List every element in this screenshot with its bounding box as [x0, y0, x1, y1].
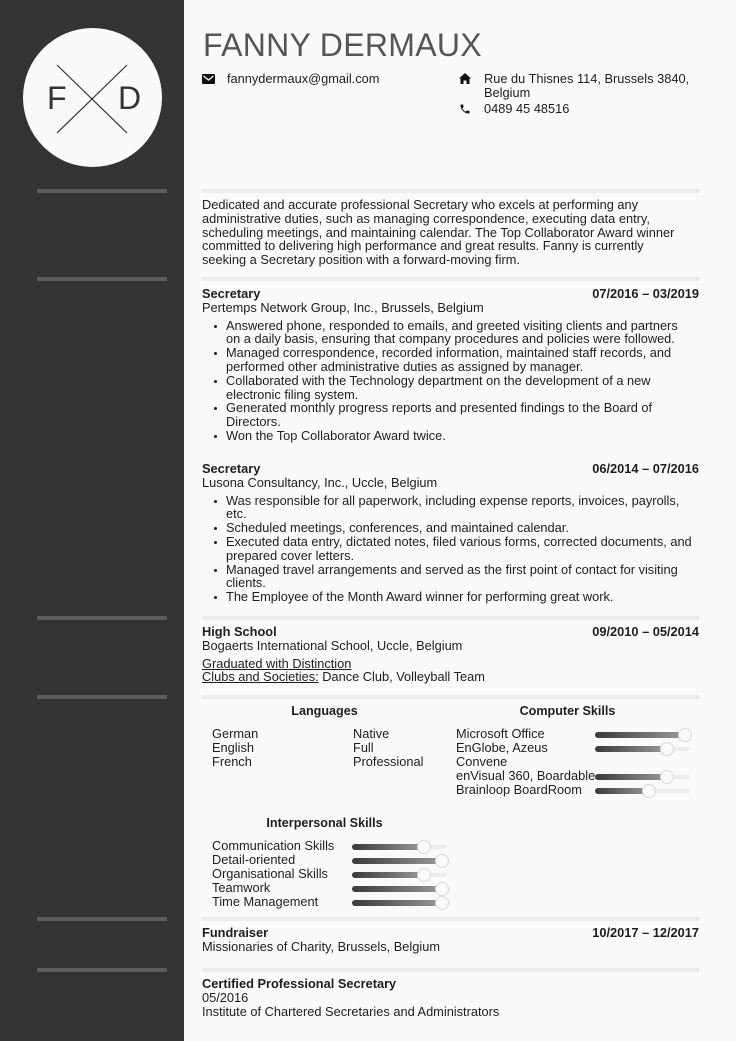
contact-email[interactable]: fannydermaux@gmail.com	[227, 72, 379, 86]
slider-knob[interactable]	[435, 854, 449, 868]
section-divider	[37, 968, 167, 972]
slider-fill	[352, 858, 442, 864]
duty-item: Won the Top Collaborator Award twice.	[210, 429, 699, 443]
section-divider	[202, 968, 699, 972]
profile-line: Dedicated and accurate professional Secr…	[202, 198, 699, 212]
job-title: Secretary	[202, 287, 260, 301]
skill-level-slider[interactable]	[352, 868, 447, 882]
address-line-2: Belgium	[484, 86, 689, 100]
skill-level-slider[interactable]	[595, 728, 690, 742]
envelope-icon	[202, 74, 215, 84]
language-name: French	[212, 755, 252, 769]
section-divider	[37, 189, 167, 193]
language-level: Full	[353, 741, 374, 755]
education-dates: 09/2010 – 05/2014	[592, 625, 699, 639]
slider-knob[interactable]	[417, 868, 431, 882]
monogram-initial-last: D	[118, 80, 141, 116]
profile-line: administrative duties, such as managing …	[202, 212, 699, 226]
job-entry: Secretary 06/2014 – 07/2016 Lusona Consu…	[202, 462, 699, 604]
duty-item: The Employee of the Month Award winner f…	[210, 590, 699, 604]
language-level: Professional	[353, 755, 423, 769]
profile-line: seeking a Secretary position with a forw…	[202, 253, 699, 267]
computer-skill-name: enVisual 360, Boardable	[456, 769, 595, 783]
section-divider	[37, 695, 167, 699]
interpersonal-skill-name: Communication Skills	[212, 839, 334, 853]
education-title: High School	[202, 625, 277, 639]
slider-fill	[595, 774, 667, 780]
slider-fill	[352, 886, 442, 892]
job-company: Pertemps Network Group, Inc., Brussels, …	[202, 301, 699, 315]
skill-level-slider[interactable]	[352, 840, 447, 854]
skill-level-slider[interactable]	[352, 882, 447, 896]
volunteer-dates: 10/2017 – 12/2017	[592, 926, 699, 940]
certificate-title: Certified Professional Secretary	[202, 977, 699, 991]
monogram-logo: F D	[23, 28, 162, 167]
slider-fill	[352, 844, 424, 850]
certificate-entry: Certified Professional Secretary 05/2016…	[202, 977, 699, 1018]
section-divider	[37, 917, 167, 921]
job-dates: 06/2014 – 07/2016	[592, 462, 699, 476]
profile-summary: Dedicated and accurate professional Secr…	[202, 198, 699, 267]
duty-item: Managed travel arrangements and served a…	[210, 563, 699, 591]
education-clubs: Clubs and Societies: Dance Club, Volleyb…	[202, 670, 699, 684]
interpersonal-skill-name: Organisational Skills	[212, 867, 328, 881]
job-company: Lusona Consultancy, Inc., Uccle, Belgium	[202, 476, 699, 490]
candidate-name: FANNY DERMAUX	[203, 27, 482, 63]
education-honor: Graduated with Distinction	[202, 657, 699, 671]
monogram-initial-first: F	[47, 80, 67, 116]
duty-item: Answered phone, responded to emails, and…	[210, 319, 699, 347]
certificate-issuer: Institute of Chartered Secretaries and A…	[202, 1005, 699, 1019]
slider-knob[interactable]	[660, 770, 674, 784]
slider-knob[interactable]	[642, 784, 656, 798]
job-dates: 07/2016 – 03/2019	[592, 287, 699, 301]
certificate-date: 05/2016	[202, 991, 699, 1005]
interpersonal-skill-name: Teamwork	[212, 881, 270, 895]
slider-fill	[352, 900, 442, 906]
job-entry: Secretary 07/2016 – 03/2019 Pertemps Net…	[202, 287, 699, 443]
section-divider	[202, 917, 699, 921]
computer-skill-name: Convene	[456, 755, 507, 769]
slider-fill	[595, 788, 649, 794]
phone-icon	[459, 103, 471, 115]
volunteering-entry: Fundraiser 10/2017 – 12/2017 Missionarie…	[202, 926, 699, 954]
slider-knob[interactable]	[678, 728, 692, 742]
computer-skills-heading: Computer Skills	[450, 704, 685, 718]
slider-fill	[595, 746, 667, 752]
computer-skill-name: Microsoft Office	[456, 727, 545, 741]
language-level: Native	[353, 727, 389, 741]
skill-level-slider[interactable]	[595, 784, 690, 798]
address-line-1: Rue du Thisnes 114, Brussels 3840,	[484, 72, 689, 86]
education-school: Bogaerts International School, Uccle, Be…	[202, 639, 699, 653]
profile-line: scheduling meetings, and maintaining cal…	[202, 226, 699, 240]
job-title: Secretary	[202, 462, 260, 476]
cross-lines-icon	[23, 28, 162, 167]
slider-knob[interactable]	[435, 882, 449, 896]
home-icon	[459, 73, 471, 84]
duty-item: Collaborated with the Technology departm…	[210, 374, 699, 402]
profile-line: committed to delivering high performance…	[202, 239, 699, 253]
sidebar: F D Profile Work experience Education Sk…	[0, 0, 184, 1041]
language-name: English	[212, 741, 254, 755]
slider-fill	[352, 872, 424, 878]
duty-item: Scheduled meetings, conferences, and mai…	[210, 521, 699, 535]
skill-level-slider[interactable]	[352, 896, 447, 910]
slider-knob[interactable]	[417, 840, 431, 854]
slider-fill	[595, 732, 685, 738]
languages-heading: Languages	[202, 704, 447, 718]
volunteer-org: Missionaries of Charity, Brussels, Belgi…	[202, 940, 699, 954]
interpersonal-skill-name: Detail-oriented	[212, 853, 295, 867]
slider-knob[interactable]	[660, 742, 674, 756]
volunteer-role: Fundraiser	[202, 926, 268, 940]
computer-skill-name: EnGlobe, Azeus	[456, 741, 548, 755]
duty-item: Was responsible for all paperwork, inclu…	[210, 494, 699, 522]
section-divider	[37, 277, 167, 281]
section-divider	[202, 695, 699, 699]
clubs-label: Clubs and Societies:	[202, 669, 319, 684]
computer-skill-name: Brainloop BoardRoom	[456, 783, 582, 797]
section-divider	[37, 616, 167, 620]
job-duties: Answered phone, responded to emails, and…	[210, 319, 699, 443]
skill-level-slider[interactable]	[595, 742, 690, 756]
duty-item: Generated monthly progress reports and p…	[210, 401, 699, 429]
section-divider	[202, 277, 699, 281]
clubs-value: Dance Club, Volleyball Team	[319, 669, 485, 684]
interpersonal-skill-name: Time Management	[212, 895, 318, 909]
skill-level-slider[interactable]	[595, 770, 690, 784]
section-divider	[202, 189, 699, 193]
skill-level-slider[interactable]	[352, 854, 447, 868]
duty-item: Managed correspondence, recorded informa…	[210, 346, 699, 374]
contact-phone[interactable]: 0489 45 48516	[484, 102, 569, 116]
duty-item: Executed data entry, dictated notes, fil…	[210, 535, 699, 563]
job-duties: Was responsible for all paperwork, inclu…	[210, 494, 699, 604]
education-entry: High School 09/2010 – 05/2014 Bogaerts I…	[202, 625, 699, 684]
contact-address: Rue du Thisnes 114, Brussels 3840, Belgi…	[484, 72, 689, 100]
section-divider	[202, 616, 699, 620]
slider-knob[interactable]	[435, 896, 449, 910]
interpersonal-skills-heading: Interpersonal Skills	[202, 816, 447, 830]
language-name: German	[212, 727, 258, 741]
